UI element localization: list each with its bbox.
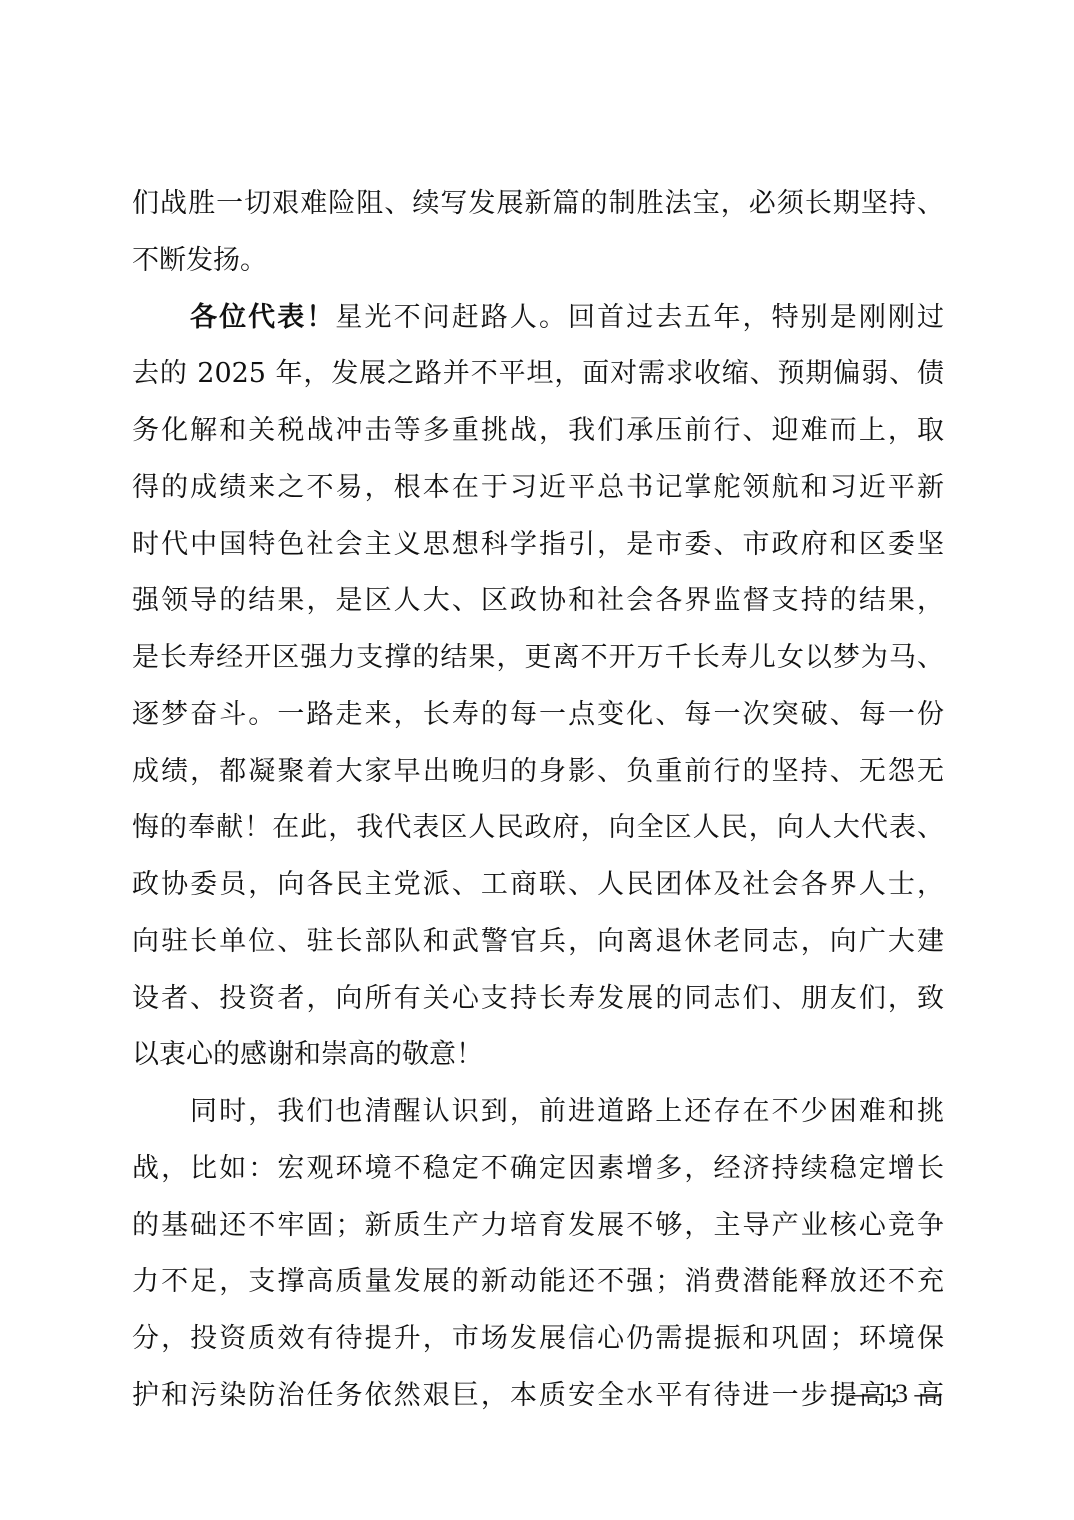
text-line: 的基础还不牢固；新质生产力培育发展不够，主导产业核心竞争 — [132, 1198, 944, 1255]
text-line: 力不足，支撑高质量发展的新动能还不强；消费潜能释放还不充 — [132, 1254, 944, 1311]
text-line: 以衷心的感谢和崇高的敬意！ — [132, 1027, 944, 1084]
text-line: 是长寿经开区强力支撑的结果，更离不开万千长寿儿女以梦为马、 — [132, 630, 944, 687]
paragraph-first-line: 各位代表！星光不问赶路人。回首过去五年，特别是刚刚过 — [132, 290, 944, 347]
text-line: 时代中国特色社会主义思想科学指引，是市委、市政府和区委坚 — [132, 517, 944, 574]
document-page: 们战胜一切艰难险阻、续写发展新篇的制胜法宝，必须长期坚持、 不断发扬。 各位代表… — [0, 0, 1074, 1520]
paragraph-lead: 各位代表！ — [190, 302, 335, 333]
text-line: 分，投资质效有待提升，市场发展信心仍需提振和巩固；环境保 — [132, 1311, 944, 1368]
text-line: 战，比如：宏观环境不稳定不确定因素增多，经济持续稳定增长 — [132, 1141, 944, 1198]
text-line: 不断发扬。 — [132, 233, 944, 290]
text-line: 护和污染防治任务依然艰巨，本质安全水平有待进一步提高；高 — [132, 1368, 944, 1425]
text-line: 成绩，都凝聚着大家早出晚归的身影、负重前行的坚持、无怨无 — [132, 744, 944, 801]
text-line: 得的成绩来之不易，根本在于习近平总书记掌舵领航和习近平新 — [132, 460, 944, 517]
text-line: 悔的奉献！在此，我代表区人民政府，向全区人民，向人大代表、 — [132, 800, 944, 857]
text-line: 向驻长单位、驻长部队和武警官兵，向离退休老同志，向广大建 — [132, 914, 944, 971]
text-line: 们战胜一切艰难险阻、续写发展新篇的制胜法宝，必须长期坚持、 — [132, 176, 944, 233]
body-text: 们战胜一切艰难险阻、续写发展新篇的制胜法宝，必须长期坚持、 不断发扬。 各位代表… — [132, 176, 944, 1425]
text-line-content: 星光不问赶路人。回首过去五年，特别是刚刚过 — [335, 302, 944, 333]
text-line: 逐梦奋斗。一路走来，长寿的每一点变化、每一次突破、每一份 — [132, 687, 944, 744]
text-line: 去的 2025 年，发展之路并不平坦，面对需求收缩、预期偏弱、债 — [132, 346, 944, 403]
text-line: 强领导的结果，是区人大、区政协和社会各界监督支持的结果， — [132, 573, 944, 630]
text-line: 政协委员，向各民主党派、工商联、人民团体及社会各界人士， — [132, 857, 944, 914]
paragraph-first-line: 同时，我们也清醒认识到，前进道路上还存在不少困难和挑 — [132, 1084, 944, 1141]
text-line: 设者、投资者，向所有关心支持长寿发展的同志们、朋友们，致 — [132, 971, 944, 1028]
page-number: — 13 — — [843, 1376, 947, 1412]
text-line: 务化解和关税战冲击等多重挑战，我们承压前行、迎难而上，取 — [132, 403, 944, 460]
